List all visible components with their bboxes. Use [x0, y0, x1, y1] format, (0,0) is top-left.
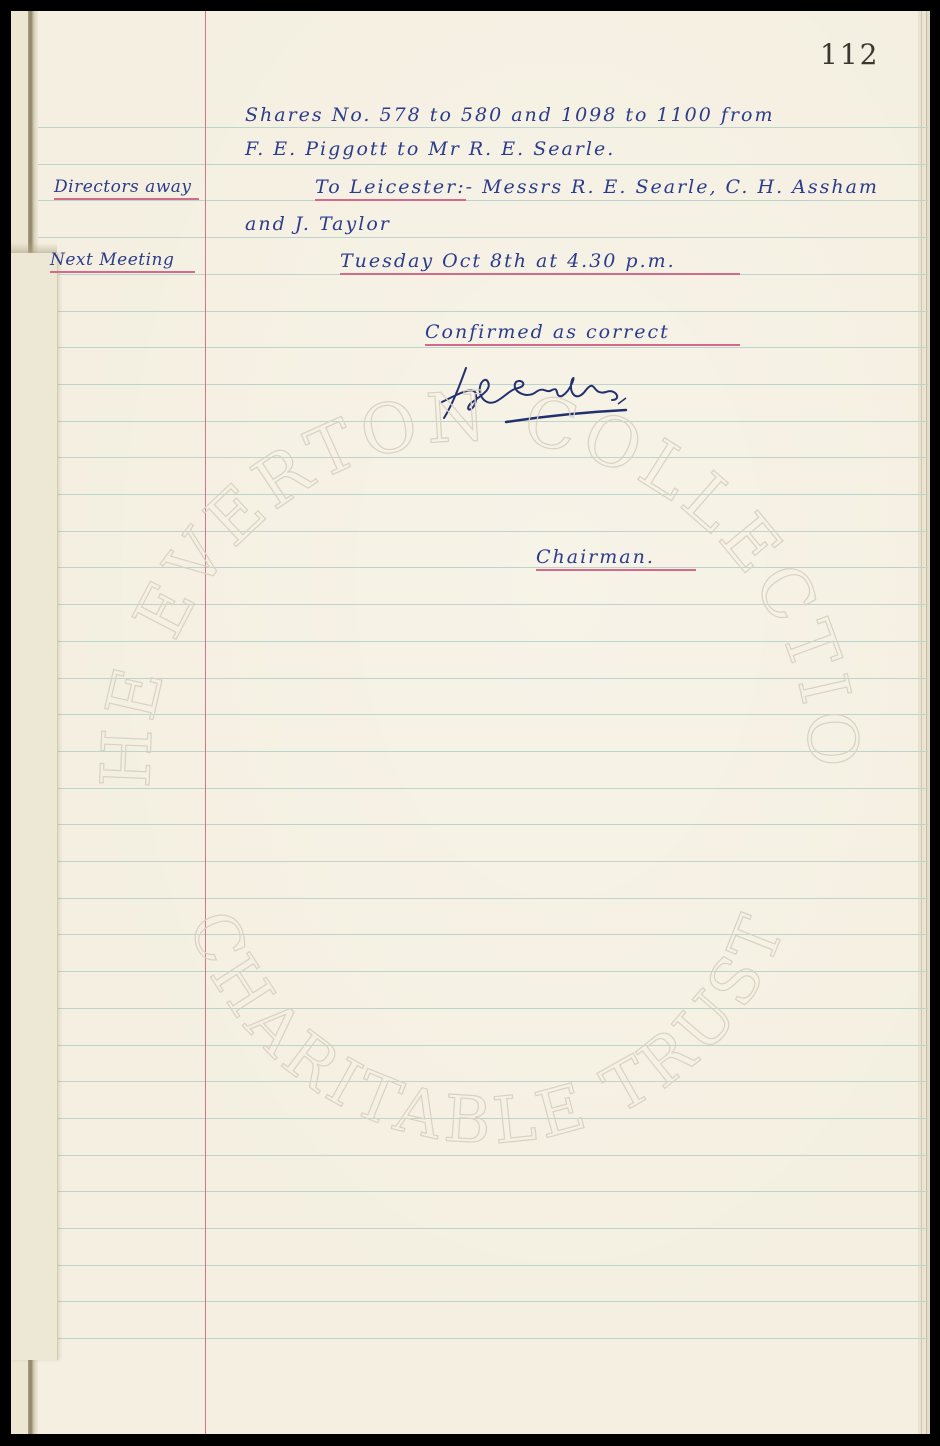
page-number: 112 [820, 38, 879, 71]
red-margin-rule [205, 11, 206, 1434]
ruled-line [38, 861, 928, 862]
confirmed-label: Confirmed as correct [425, 321, 740, 346]
ruled-line [38, 714, 928, 715]
paper-flap [11, 253, 58, 1360]
margin-heading-directors-away: Directors away [54, 177, 199, 200]
directors-names: - Messrs R. E. Searle, C. H. Assham [466, 176, 879, 198]
ruled-line [38, 127, 928, 128]
directors-away-entry: To Leicester:- Messrs R. E. Searle, C. H… [315, 176, 879, 198]
margin-heading-next-meeting: Next Meeting [50, 250, 195, 273]
ruled-line [38, 200, 928, 201]
ruled-line [38, 1265, 928, 1266]
ruled-line [38, 971, 928, 972]
ruled-line [38, 678, 928, 679]
page-stack-edge [918, 11, 930, 1434]
ruled-line [38, 604, 928, 605]
ruled-line [38, 1045, 928, 1046]
ledger-page [11, 11, 928, 1434]
ruled-line [38, 1008, 928, 1009]
ruled-line [38, 311, 928, 312]
ruled-line [38, 1191, 928, 1192]
destination-label: To Leicester: [315, 176, 466, 201]
body-line-2: F. E. Piggott to Mr R. E. Searle. [245, 138, 615, 160]
ruled-line [38, 898, 928, 899]
ruled-line [38, 934, 928, 935]
chairman-title: Chairman. [536, 546, 696, 571]
ruled-line [38, 1338, 928, 1339]
ruled-line [38, 494, 928, 495]
ruled-line [38, 1228, 928, 1229]
ruled-line [38, 1155, 928, 1156]
ruled-line [38, 237, 928, 238]
ruled-line [38, 751, 928, 752]
next-meeting-entry: Tuesday Oct 8th at 4.30 p.m. [340, 250, 740, 275]
ruled-line [38, 567, 928, 568]
ruled-line [38, 824, 928, 825]
ruled-line [38, 457, 928, 458]
ruled-line [38, 788, 928, 789]
body-line-1: Shares No. 578 to 580 and 1098 to 1100 f… [245, 104, 774, 126]
ruled-line [38, 531, 928, 532]
ruled-line [38, 347, 928, 348]
ruled-line [38, 1081, 928, 1082]
ruled-line [38, 1118, 928, 1119]
ruled-line [38, 641, 928, 642]
ruled-line [38, 164, 928, 165]
chairman-signature [436, 360, 636, 430]
directors-continuation: and J. Taylor [245, 213, 391, 235]
ruled-line [38, 1301, 928, 1302]
